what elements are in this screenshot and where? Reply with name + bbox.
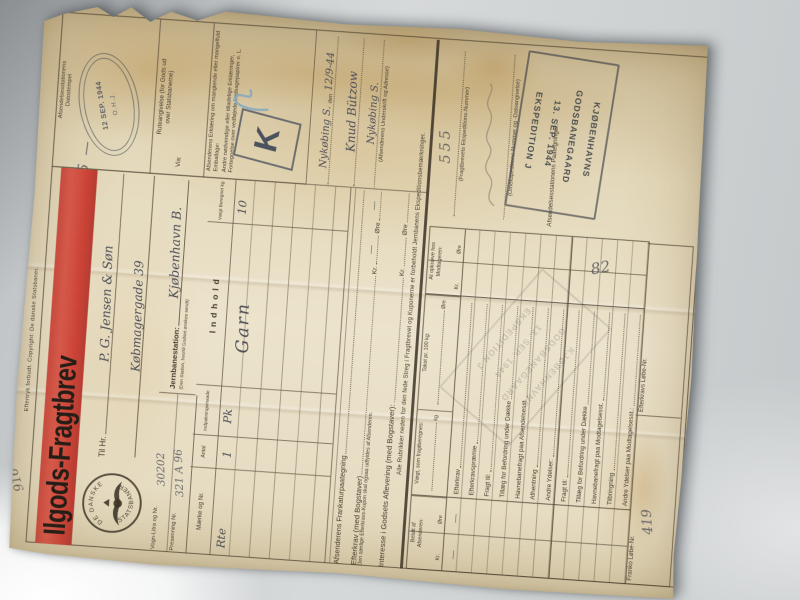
dsb-logo: DE DANSKE STATSBANER xyxy=(78,469,146,537)
kr-label: Kr. xyxy=(454,283,461,290)
ore-label: Øre xyxy=(402,224,409,236)
ore-label: Øre xyxy=(456,245,463,254)
declaration-box: Afsenderens Erklæring om manglende eller… xyxy=(203,23,317,184)
efterkrav-lobe-label: Efterkravs Løbe-Nr. xyxy=(638,358,648,412)
goods-indhold-value: Garn xyxy=(233,302,254,354)
kr-label: Kr. xyxy=(371,266,378,275)
vogn-litra-value: 30202 xyxy=(154,453,167,487)
pencil-note-916: 916 xyxy=(6,466,27,493)
goods-table: Mærke og Nr. Antal Indpakningsmaade Indh… xyxy=(184,178,351,563)
goods-col-indpakning: Indpakningsmaade xyxy=(193,385,221,437)
fee-row-label: Fragt til: xyxy=(561,479,570,502)
goods-col-antal: Antal xyxy=(190,435,217,469)
photo-of-waybill: Eftertryk forbudt. Copyright: De danske … xyxy=(0,0,800,600)
consignee-name: P. G. Jensen & Søn xyxy=(98,245,116,362)
date-stamp: 12 SEP. 1944 O.H.J. xyxy=(72,49,147,161)
fee-row-label: Fragt til: xyxy=(484,474,493,497)
til-label: Til Hr. xyxy=(97,436,108,458)
goods-indpakning-value: Pk xyxy=(221,408,235,424)
waybill-paper: Eftertryk forbudt. Copyright: De danske … xyxy=(5,0,714,600)
station-value: Kjøbenhavn B. xyxy=(167,206,185,298)
kr-label: Kr. xyxy=(399,268,406,277)
opkraev-pencil-value: 82 xyxy=(589,257,611,278)
fee-row1-kr-pencil: — xyxy=(448,550,459,560)
blue-pencil-mark xyxy=(225,82,275,118)
den-label: den xyxy=(328,94,334,104)
efterkrav-kr-value: — xyxy=(366,244,377,254)
fee-row1-ore-pencil: — xyxy=(450,513,461,523)
dsb-logo-emblem: DE DANSKE STATSBANER xyxy=(78,469,146,537)
expedition-number: 555 xyxy=(436,127,453,163)
ore-label: Øre xyxy=(437,515,444,524)
signature-address: Nykøbing S. xyxy=(365,82,381,145)
presenning-value: 321 A 96 xyxy=(172,449,186,497)
consignee-address: Købmagergade 39 xyxy=(128,260,146,372)
presenning-label: Presenning Nr. xyxy=(169,512,177,550)
kr-label: Kr. xyxy=(435,554,442,561)
goods-vaegt-value: 10 xyxy=(235,200,249,216)
signature-block: Nykøbing S. den 12/9-44 Knud Bützow Nykø… xyxy=(312,36,392,188)
goods-maerke-value: Rte xyxy=(214,528,229,549)
vogn-litra-label: Vogn-Litra og Nr. xyxy=(150,506,159,550)
signature-name: Knud Bützow xyxy=(343,71,360,153)
datostempel-box: Afsendelsesstationens Datostempel 12 SEP… xyxy=(52,13,161,174)
efterkrav-ore-value: — xyxy=(369,201,380,211)
franko-lobe-value: 419 xyxy=(639,509,656,536)
franko-lobe-label: Franko Løbe-Nr. xyxy=(626,535,636,581)
waybill-document: Eftertryk forbudt. Copyright: De danske … xyxy=(5,0,714,600)
ore-label: Øre xyxy=(374,222,381,234)
goods-col-vaegt: Vægt Beregnet kg xyxy=(208,178,236,224)
goods-antal-value: 1 xyxy=(220,450,234,458)
